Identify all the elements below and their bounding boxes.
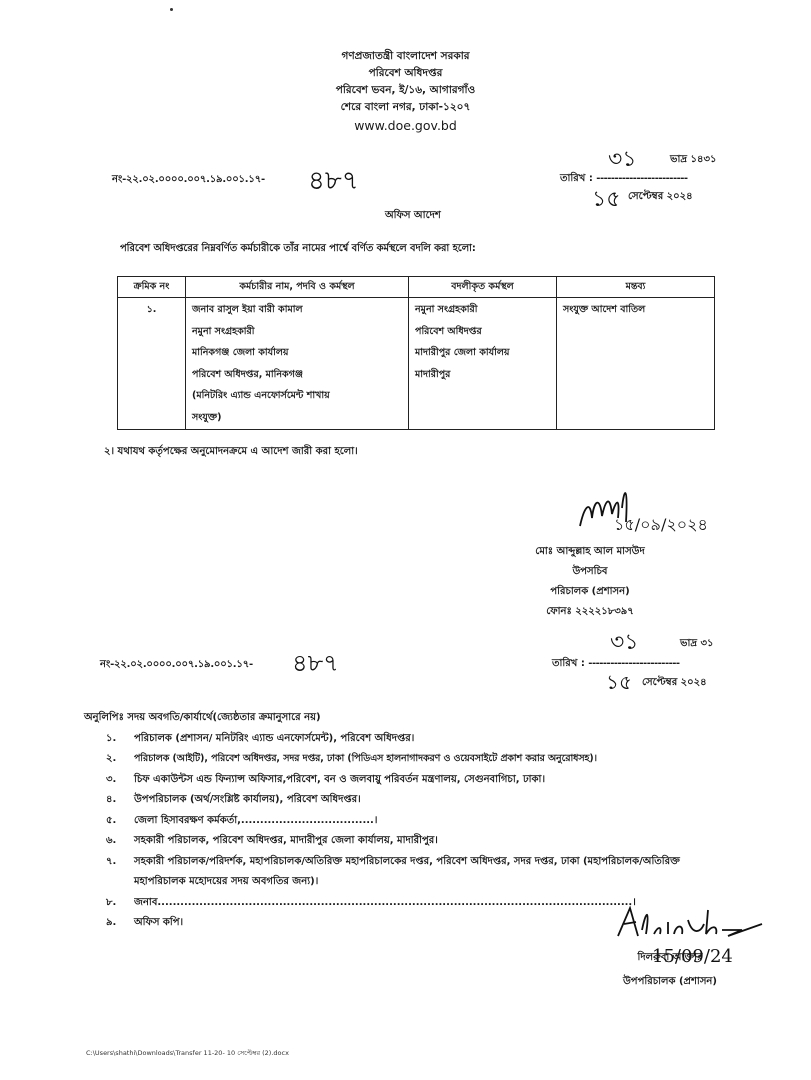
cc-item: ২.পরিচালক (আইটি), পরিবেশ অধিদপ্তর, সদর দ…: [106, 749, 724, 770]
department-name: পরিবেশ অধিদপ্তর: [0, 65, 811, 82]
copy-bangla-month: ভাদ্র ৩১: [680, 636, 713, 653]
cc-item-number: ২.: [106, 749, 134, 770]
employee-department: পরিবেশ অধিদপ্তর, মানিকগঞ্জ: [192, 364, 402, 386]
signatory-2-role: উপপরিচালক (প্রশাসন): [600, 972, 740, 992]
date-label: তারিখ :: [560, 173, 593, 184]
cc-item-number: ১.: [106, 729, 134, 750]
cc-item-number: ৮.: [106, 893, 134, 914]
scan-speck: [170, 8, 173, 11]
paragraph-2: ২। যথাযথ কর্তৃপক্ষের অনুমোদনক্রমে এ আদেশ…: [104, 444, 358, 461]
transfer-table: ক্রমিক নং কর্মচারীর নাম, পদবি ও কর্মস্থল…: [117, 276, 715, 430]
cc-item-number: ৪.: [106, 790, 134, 811]
govt-name: গণপ্রজাতন্ত্রী বাংলাদেশ সরকার: [0, 48, 811, 65]
date-line: তারিখ : -------------------------: [560, 171, 688, 188]
cc-item-text: পরিচালক (আইটি), পরিবেশ অধিদপ্তর, সদর দপ্…: [134, 749, 597, 770]
cc-item-text: উপপরিচালক (অর্থ/সংশ্লিষ্ট কার্যালয়), পর…: [134, 790, 361, 811]
month-year: সেপ্টেম্বর ২০২৪: [628, 189, 693, 206]
address-line-1: পরিবেশ ভবন, ই/১৬, আগারগাঁও: [0, 82, 811, 99]
address-line-2: শেরে বাংলা নগর, ঢাকা-১২০৭: [0, 99, 811, 116]
signature-1: ১৫/০৯/২০২৪: [570, 478, 750, 538]
employee-attachment: (মনিটরিং এ্যান্ড এনফোর্সমেন্ট শাখায়: [192, 385, 402, 407]
ref-prefix: নং-২২.০২.০০০০.০০৭.১৯.০০১.১৭-: [112, 174, 265, 185]
cc-item-number: ৯.: [106, 913, 134, 934]
employee-designation: নমুনা সংগ্রহকারী: [192, 321, 402, 343]
cc-item-number: ৭.: [106, 852, 134, 893]
table-row: ১. জনাব রাসুল ইয়া বারী কামাল নমুনা সংগ্…: [118, 298, 715, 430]
office-order-title: অফিস আদেশ: [385, 208, 441, 225]
cc-item-text: সহকারী পরিচালক/পরিদর্শক, মহাপরিচালক/অতির…: [134, 852, 724, 893]
copy-date-dashes: -------------------------: [588, 658, 679, 669]
copy-date-label: তারিখ :: [552, 658, 585, 669]
copy-ref-number: নং-২২.০২.০০০০.০০৭.১৯.০০১.১৭-: [100, 657, 253, 674]
col-remarks: মন্তব্য: [557, 277, 715, 298]
col-serial: ক্রমিক নং: [118, 277, 186, 298]
file-path-footer: C:\Users\shathi\Downloads\Transfer 11-20…: [86, 1048, 289, 1059]
new-department: পরিবেশ অধিদপ্তর: [415, 321, 550, 343]
cc-item-number: ৬.: [106, 831, 134, 852]
cc-item: ৭.সহকারী পরিচালক/পরিদর্শক, মহাপরিচালক/অত…: [106, 852, 724, 893]
copy-month-year: সেপ্টেম্বর ২০২৪: [642, 675, 707, 692]
cc-item-text: জনাব....................................…: [134, 893, 694, 914]
employee-office: মানিকগঞ্জ জেলা কার্যালয়: [192, 342, 402, 364]
letterhead: গণপ্রজাতন্ত্রী বাংলাদেশ সরকার পরিবেশ অধি…: [0, 48, 811, 134]
order-ref-number: নং-২২.০২.০০০০.০০৭.১৯.০০১.১৭-: [112, 172, 265, 189]
cell-remarks: সংযুক্ত আদেশ বাতিল: [557, 298, 715, 430]
cell-employee: জনাব রাসুল ইয়া বারী কামাল নমুনা সংগ্রহক…: [186, 298, 409, 430]
intro-paragraph: পরিবেশ অধিদপ্তরের নিম্নবর্ণিত কর্মচারীকে…: [120, 241, 476, 258]
cc-item-text: চিফ একাউন্টস এন্ড ফিন্যান্স অফিসার,পরিবে…: [134, 770, 545, 791]
cc-item-number: ৫.: [106, 811, 134, 832]
signatory-1-name: মোঃ আব্দুল্লাহ আল মাসউদ: [490, 542, 690, 562]
svg-text:১৫/০৯/২০২৪: ১৫/০৯/২০২৪: [614, 515, 708, 534]
cc-item-text: জেলা হিসাবরক্ষণ কর্মকর্তা,..............…: [134, 811, 377, 832]
cc-item: ৩.চিফ একাউন্টস এন্ড ফিন্যান্স অফিসার,পরি…: [106, 770, 724, 791]
new-location: মাদারীপুর: [415, 364, 550, 386]
cc-item: ১.পরিচালক (প্রশাসন/ মনিটরিং এ্যান্ড এনফো…: [106, 729, 724, 750]
signatory-1-role: পরিচালক (প্রশাসন): [490, 582, 690, 602]
employee-name: জনাব রাসুল ইয়া বারী কামাল: [192, 299, 402, 321]
cc-item: ৪.উপপরিচালক (অর্থ/সংশ্লিষ্ট কার্যালয়), …: [106, 790, 724, 811]
cell-serial: ১.: [118, 298, 186, 430]
col-employee: কর্মচারীর নাম, পদবি ও কর্মস্থল: [186, 277, 409, 298]
signatory-2-name: দিলরুবা আক্তার: [620, 948, 720, 968]
cc-heading: অনুলিপিঃ সদয় অবগতি/কার্যার্থে(জ্যেষ্ঠতা…: [84, 708, 724, 729]
copy-ref-prefix: নং-২২.০২.০০০০.০০৭.১৯.০০১.১৭-: [100, 659, 253, 670]
copy-ref-handwritten: ৪৮৭: [292, 645, 339, 685]
signatory-1-phone: ফোনঃ ২২২২১৮৩৯৭: [490, 602, 690, 622]
new-office: মাদারীপুর জেলা কার্যালয়: [415, 342, 550, 364]
signatory-1-block: মোঃ আব্দুল্লাহ আল মাসউদ উপসচিব পরিচালক (…: [490, 542, 690, 622]
website-url: www.doe.gov.bd: [0, 117, 811, 134]
cc-item-number: ৩.: [106, 770, 134, 791]
employee-attachment-cont: সংযুক্ত): [192, 407, 402, 429]
new-designation: নমুনা সংগ্রহকারী: [415, 299, 550, 321]
cc-item-text: অফিস কপি।: [134, 913, 183, 934]
bangla-month-year: ভাদ্র ১৪৩১: [670, 152, 716, 169]
cc-item-text: পরিচালক (প্রশাসন/ মনিটরিং এ্যান্ড এনফোর্…: [134, 729, 414, 750]
cc-item-text: সহকারী পরিচালক, পরিবেশ অধিদপ্তর, মাদারীপ…: [134, 831, 438, 852]
copy-day-handwritten: ১৫: [606, 668, 632, 701]
cell-transferred-to: নমুনা সংগ্রহকারী পরিবেশ অধিদপ্তর মাদারীপ…: [409, 298, 557, 430]
signatory-1-designation: উপসচিব: [490, 562, 690, 582]
cc-item: ৬.সহকারী পরিচালক, পরিবেশ অধিদপ্তর, মাদার…: [106, 831, 724, 852]
ref-handwritten-number: ৪৮৭: [308, 160, 359, 204]
cc-item: ৫.জেলা হিসাবরক্ষণ কর্মকর্তা,............…: [106, 811, 724, 832]
table-header-row: ক্রমিক নং কর্মচারীর নাম, পদবি ও কর্মস্থল…: [118, 277, 715, 298]
day-handwritten: ১৫: [592, 182, 621, 219]
col-transferred-to: বদলীকৃত কর্মস্থল: [409, 277, 557, 298]
